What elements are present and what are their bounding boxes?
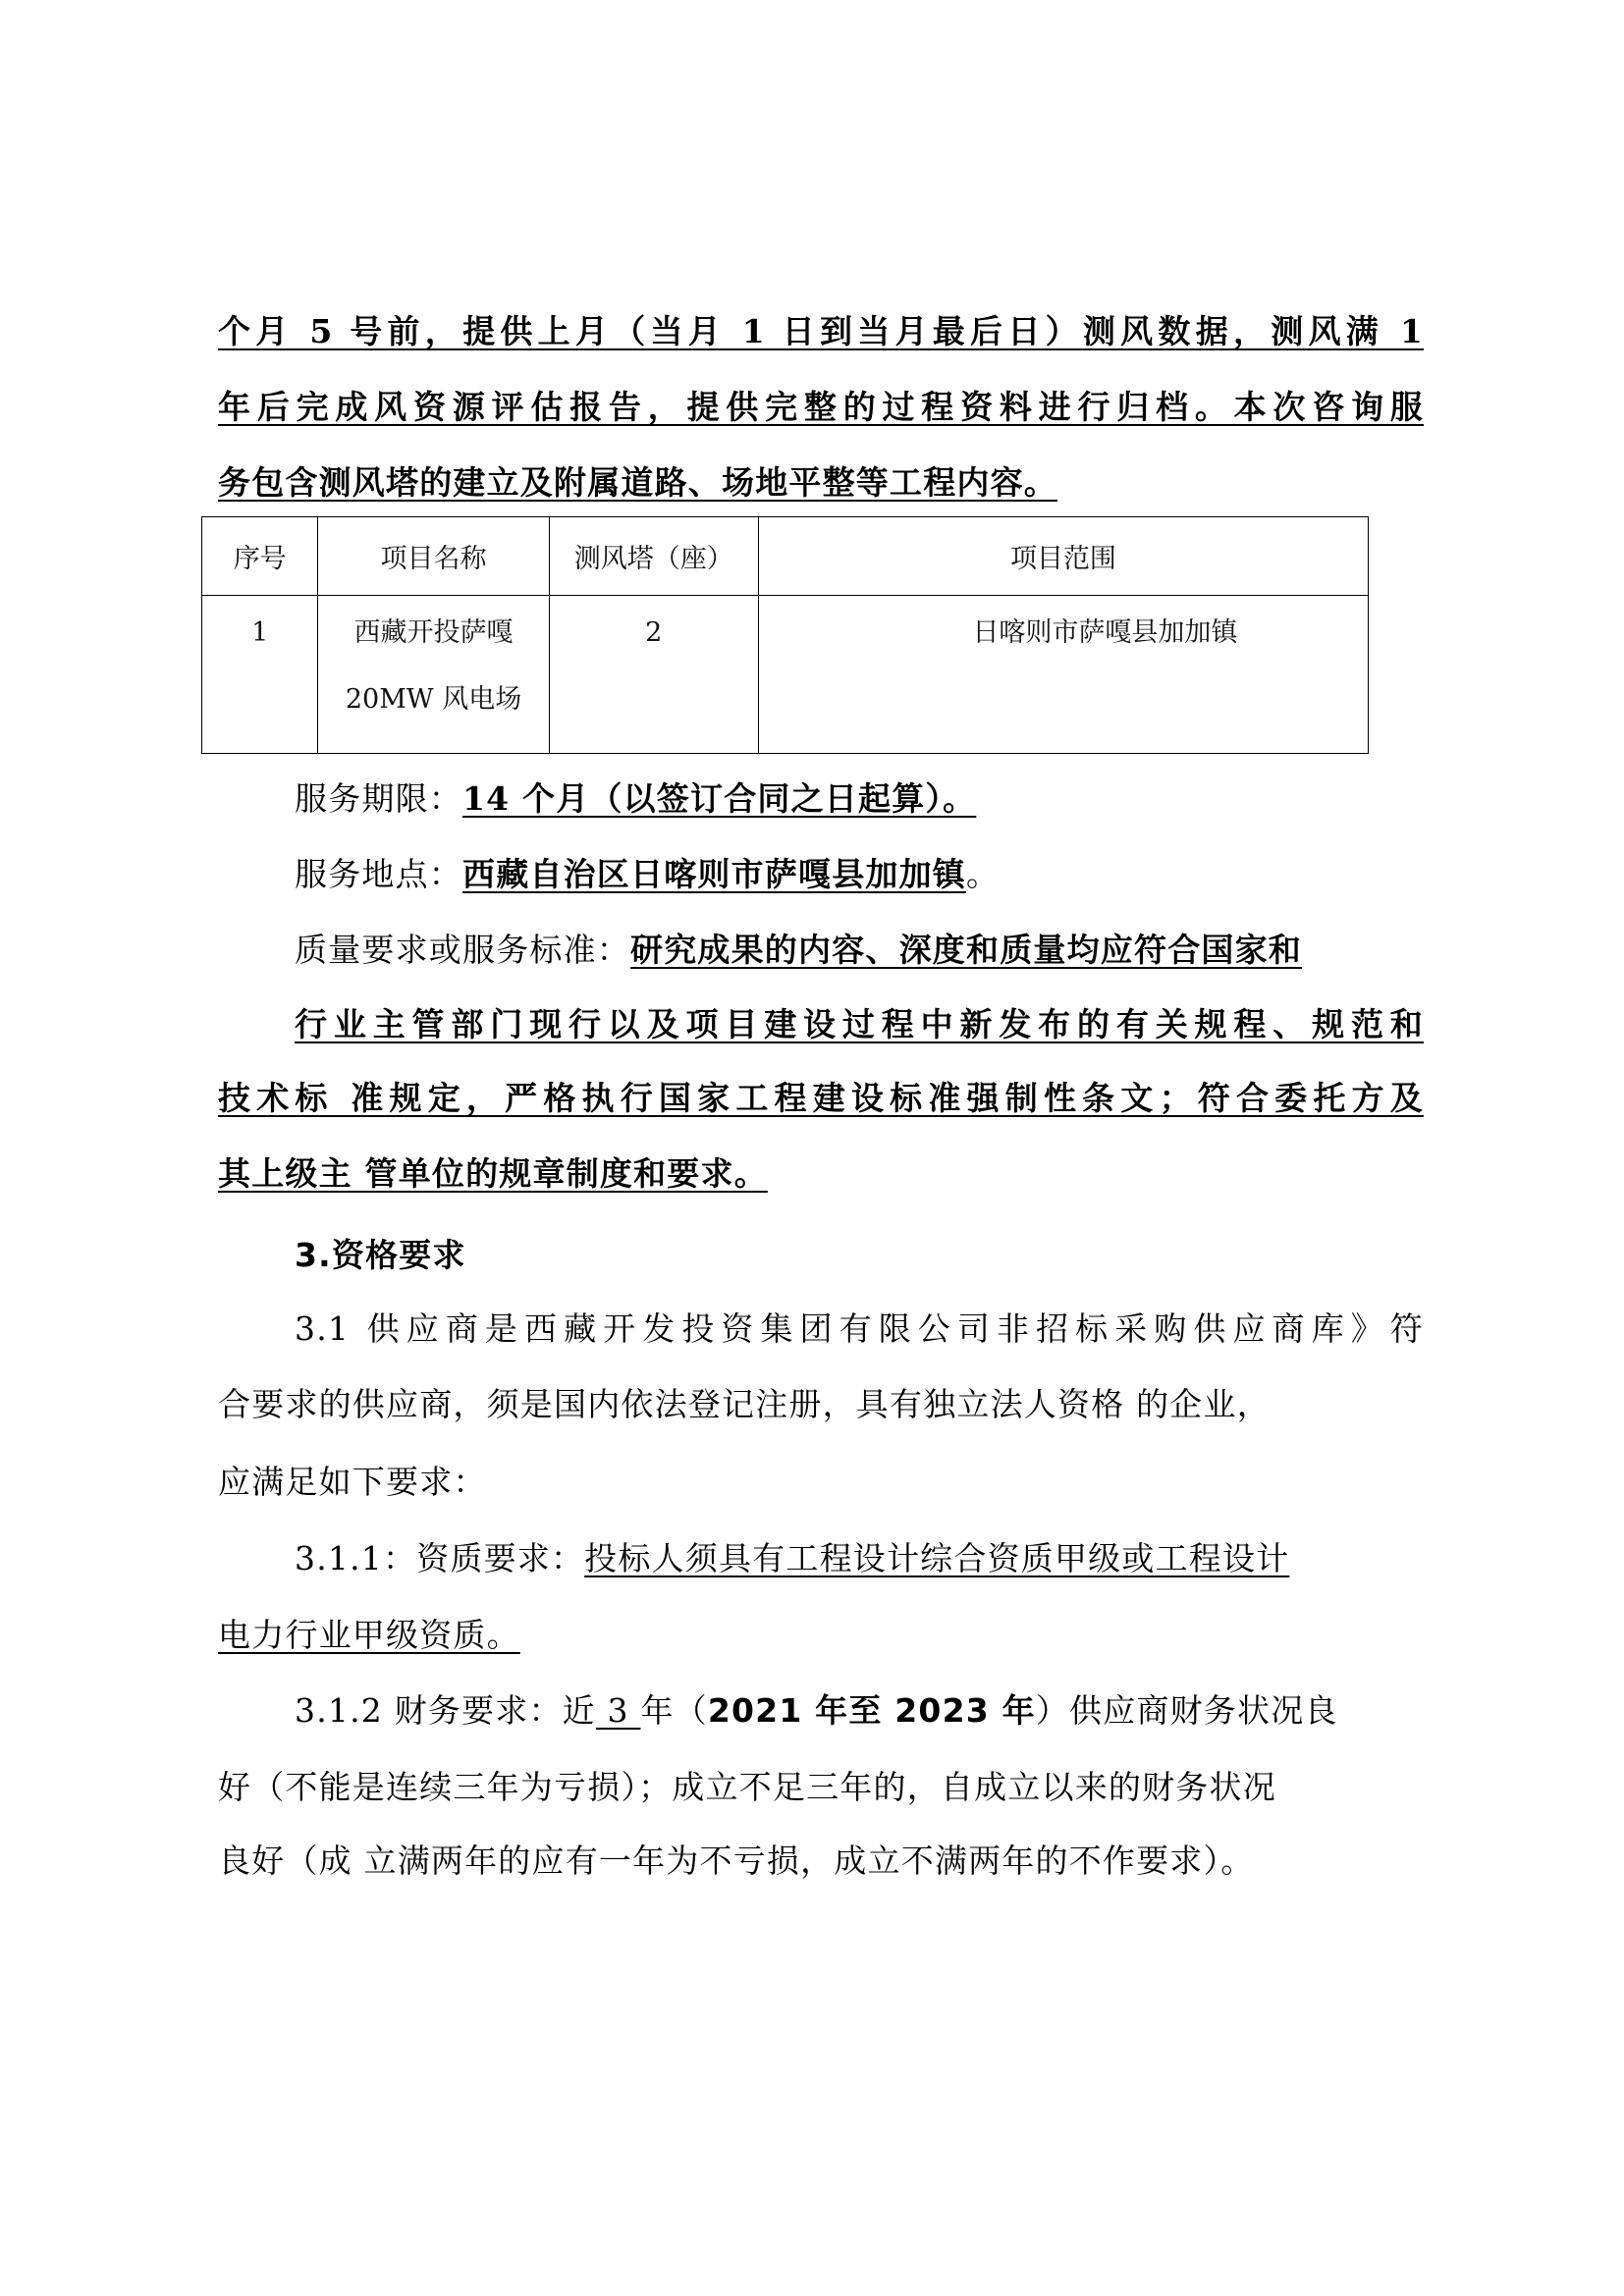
intro-text-1: 个月 5 号前，提供上月（当月 1 日到当月最后日）测风数据，测风满 1 <box>218 312 1424 350</box>
quality-line-4: 其上级主 管单位的规章制度和要求。 <box>218 1154 1424 1194</box>
intro-line-3: 务包含测风塔的建立及附属道路、场地平整等工程内容。 <box>218 463 1424 503</box>
para-3-1-1-line-1: 3.1.1：资质要求：投标人须具有工程设计综合资质甲级或工程设计 <box>295 1539 1424 1578</box>
quality-text-1: 研究成果的内容、深度和质量均应符合国家和 <box>630 931 1302 969</box>
para-3-1-2-year-word: 年（ <box>640 1691 707 1730</box>
para-3-1-line-1: 3.1 供应商是西藏开发投资集团有限公司非招标采购供应商库》符 <box>295 1309 1424 1349</box>
service-period-label: 服务期限： <box>295 779 462 818</box>
para-3-1-2-line-3: 良好（成 立满两年的应有一年为不亏损，成立不满两年的不作要求）。 <box>218 1842 1424 1881</box>
service-period-value: 14 个月（以签订合同之日起算）。 <box>462 779 976 818</box>
header-project-scope: 项目范围 <box>758 517 1368 596</box>
para-3-1-1-line-2: 电力行业甲级资质。 <box>218 1616 1424 1655</box>
document-page: 个月 5 号前，提供上月（当月 1 日到当月最后日）测风数据，测风满 1 年后完… <box>0 0 1624 2296</box>
project-table: 序号 项目名称 测风塔（座） 项目范围 1 西藏开投萨嘎 20MW 风电场 2 <box>201 516 1369 754</box>
para-3-1-2-years: 3 <box>596 1691 641 1730</box>
para-3-1-2-label: 3.1.2 财务要求：近 <box>295 1691 596 1730</box>
quality-text-3: 技术标 准规定，严格执行国家工程建设标准强制性条文；符合委托方及 <box>218 1079 1424 1117</box>
quality-label: 质量要求或服务标准： <box>295 931 630 969</box>
cell-index: 1 <box>202 596 318 754</box>
para-3-1-2-range: 2021 年至 2023 年 <box>708 1691 1036 1730</box>
para-3-1-1-text-2: 电力行业甲级资质。 <box>218 1616 520 1654</box>
cell-project-name: 西藏开投萨嘎 20MW 风电场 <box>318 596 549 754</box>
para-3-1-2-line-1: 3.1.2 财务要求：近 3 年（2021 年至 2023 年）供应商财务状况良 <box>295 1691 1424 1731</box>
para-3-1-1-label: 3.1.1：资质要求： <box>295 1539 584 1577</box>
para-3-1-2-line-2: 好（不能是连续三年为亏损）；成立不足三年的，自成立以来的财务状况 <box>218 1768 1424 1807</box>
cell-project-scope: 日喀则市萨嘎县加加镇 <box>758 596 1368 754</box>
intro-line-2: 年后完成风资源评估报告，提供完整的过程资料进行归档。本次咨询服 <box>218 388 1424 427</box>
service-period-line: 服务期限：14 个月（以签订合同之日起算）。 <box>295 779 1424 819</box>
quality-text-4: 其上级主 管单位的规章制度和要求。 <box>218 1154 768 1193</box>
header-index: 序号 <box>202 517 318 596</box>
service-location-value: 西藏自治区日喀则市萨嘎县加加镇 <box>462 855 966 893</box>
table-header-row: 序号 项目名称 测风塔（座） 项目范围 <box>202 517 1369 596</box>
quality-line-2: 行业主管部门现行以及项目建设过程中新发布的有关规程、规范和 <box>295 1005 1424 1044</box>
para-3-1-line-2: 合要求的供应商，须是国内依法登记注册，具有独立法人资格 的企业， <box>218 1385 1424 1424</box>
service-location-end: 。 <box>966 855 1000 893</box>
intro-text-2: 年后完成风资源评估报告，提供完整的过程资料进行归档。本次咨询服 <box>218 388 1424 426</box>
table-row: 1 西藏开投萨嘎 20MW 风电场 2 日喀则市萨嘎县加加镇 <box>202 596 1369 754</box>
section-3-heading: 3.资格要求 <box>295 1236 1424 1275</box>
header-project-name: 项目名称 <box>318 517 549 596</box>
intro-text-3: 务包含测风塔的建立及附属道路、场地平整等工程内容。 <box>218 463 1057 502</box>
header-towers: 测风塔（座） <box>549 517 758 596</box>
service-location-label: 服务地点： <box>295 855 462 893</box>
quality-line-3: 技术标 准规定，严格执行国家工程建设标准强制性条文；符合委托方及 <box>218 1079 1424 1118</box>
service-location-line: 服务地点：西藏自治区日喀则市萨嘎县加加镇。 <box>295 855 1424 894</box>
quality-text-2: 行业主管部门现行以及项目建设过程中新发布的有关规程、规范和 <box>295 1005 1424 1043</box>
quality-line-1: 质量要求或服务标准：研究成果的内容、深度和质量均应符合国家和 <box>295 931 1424 970</box>
para-3-1-2-rest: ）供应商财务状况良 <box>1036 1691 1338 1730</box>
intro-line-1: 个月 5 号前，提供上月（当月 1 日到当月最后日）测风数据，测风满 1 <box>218 312 1424 351</box>
para-3-1-1-text-1: 投标人须具有工程设计综合资质甲级或工程设计 <box>584 1539 1289 1577</box>
cell-towers: 2 <box>549 596 758 754</box>
para-3-1-line-3: 应满足如下要求： <box>218 1463 1424 1502</box>
